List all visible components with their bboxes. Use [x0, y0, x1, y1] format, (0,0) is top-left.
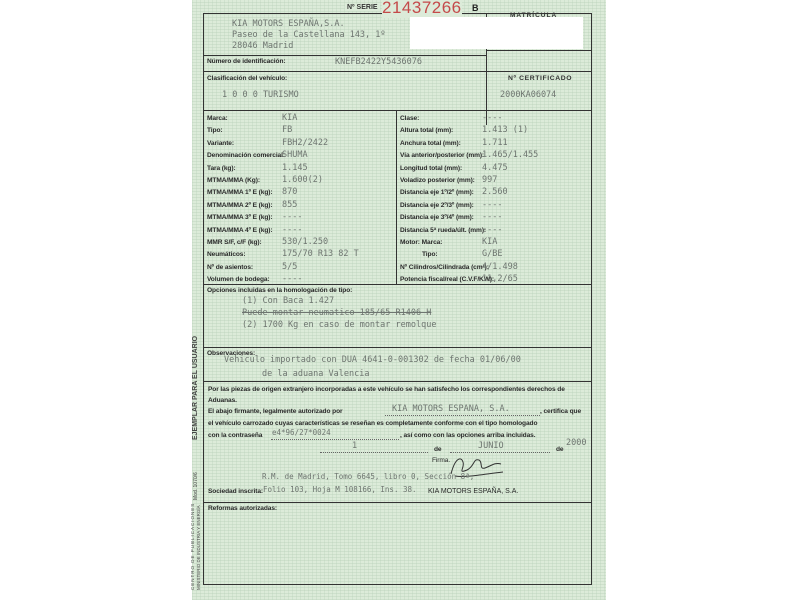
field-label: Altura total (mm):: [400, 127, 453, 134]
reformas-label: Reformas autorizadas:: [208, 505, 277, 512]
field-label: Distancia eje 2º/3º (mm):: [400, 202, 474, 209]
field-label: Clase:: [400, 115, 419, 122]
cert-de-2: de: [556, 446, 564, 453]
field-value: 855: [282, 200, 297, 210]
divider: [203, 284, 592, 285]
certificate-label: Nº CERTIFICADO: [508, 75, 572, 82]
field-label: MTMA/MMA 3º E (kg):: [207, 214, 272, 221]
cert-contrasena: e4*96/27*0024: [272, 428, 331, 437]
field-label: Distancia eje 3º/4º (mm):: [400, 214, 474, 221]
field-value: 2.560: [482, 187, 508, 197]
field-value: 1.711: [482, 138, 508, 148]
field-value: ----: [482, 200, 502, 210]
field-value: 5/5: [282, 262, 297, 272]
field-value: ----: [282, 225, 302, 235]
field-label: Neumáticos:: [207, 251, 245, 258]
model-number: Mod. 1070/6: [193, 472, 199, 500]
redacted-plate: [410, 17, 583, 49]
field-label: MMR S/F, c/F (kg):: [207, 239, 262, 246]
field-value: 4.475: [482, 163, 508, 173]
cert-line1-pre: El abajo firmante, legalmente autorizado…: [208, 408, 342, 415]
cert-line1-post: , certifica que: [540, 408, 581, 415]
cert-line3-pre: con la contraseña: [208, 432, 262, 439]
certificate-value: 2000KA06074: [500, 90, 556, 100]
serie-number: 21437266: [382, 0, 462, 18]
field-label: Marca:: [207, 115, 228, 122]
dotted-line: [320, 452, 428, 453]
field-value: ----: [482, 212, 502, 222]
serie-label: Nº SERIE: [345, 4, 380, 11]
classification-value: 1 0 0 0 TURISMO: [222, 90, 299, 100]
divider: [203, 71, 592, 72]
field-label: Potencia fiscal/real (C.V.F/KW):: [400, 276, 494, 283]
cert-line3-post: , así como con las opciones arriba inclu…: [400, 432, 535, 439]
cert-year: 2000: [566, 438, 586, 448]
publisher-line1: CENTRO DE PUBLICACIONES: [190, 503, 195, 590]
serie-suffix: B: [472, 3, 479, 13]
divider: [486, 50, 592, 51]
divider: [203, 502, 592, 503]
field-label: Tipo:: [422, 251, 438, 258]
field-value: ----: [482, 113, 502, 123]
dotted-line: [271, 439, 399, 440]
publisher-line2: MINISTERIO DE INDUSTRIA Y ENERGÍA: [196, 505, 201, 590]
option-line: Puede montar neumatico 185/65 R1406 H: [242, 308, 431, 318]
field-value: 175/70 R13 82 T: [282, 249, 359, 259]
classification-label: Clasificación del vehículo:: [207, 75, 287, 82]
field-value: 870: [282, 187, 297, 197]
field-label: Nº de asientos:: [207, 264, 253, 271]
field-label: MTMA/MMA 2º E (kg):: [207, 202, 272, 209]
options-label: Opciones incluidas en la homologación de…: [207, 287, 352, 294]
option-line: (2) 1700 Kg en caso de montar remolque: [242, 320, 436, 330]
sociedad-line2: Folio 103, Hoja M 108166, Ins. 38.: [263, 485, 417, 494]
field-label: Voladizo posterior (mm):: [400, 177, 475, 184]
field-value: G/BE: [482, 249, 502, 259]
customs-text: Por las piezas de origen extranjero inco…: [208, 384, 588, 406]
identification-value: KNEFB2422Y5436076: [335, 57, 422, 67]
field-value: 1.413 (1): [482, 125, 528, 135]
field-value: 1.145: [282, 163, 308, 173]
holder-line: KIA MOTORS ESPAÑA,S.A.: [232, 19, 345, 29]
holder-line: Paseo de la Castellana 143, 1º: [232, 30, 386, 40]
field-value: SHUMA: [282, 150, 308, 160]
sociedad-label: Sociedad inscrita:: [208, 488, 263, 495]
cert-day: 1: [352, 441, 357, 451]
divider: [203, 347, 592, 348]
holder-line: 28046 Madrid: [232, 41, 293, 51]
field-value: 1.600(2): [282, 175, 323, 185]
cert-company: KIA MOTORS ESPANA, S.A.: [392, 404, 510, 414]
field-value: ----: [282, 274, 302, 284]
field-label: Variante:: [207, 140, 234, 147]
field-label: MTMA/MMA (Kg):: [207, 177, 260, 184]
dotted-line: [385, 415, 540, 416]
field-label: Vía anterior/posterior (mm):: [400, 152, 484, 159]
divider: [203, 55, 486, 56]
sociedad-line1: R.M. de Madrid, Tomo 6645, libro 0, Secc…: [262, 472, 474, 481]
field-label: Nº Cilindros/Cilindrada (cm³):: [400, 264, 489, 271]
field-label: MTMA/MMA 1º E (kg):: [207, 189, 272, 196]
cert-line2: el vehículo carrozado cuyas característi…: [208, 420, 537, 427]
field-label: Longitud total (mm):: [400, 165, 462, 172]
field-label: Motor: Marca:: [400, 239, 442, 246]
field-value: 1.465/1.455: [482, 150, 538, 160]
field-label: Distancia eje 1º/2º (mm):: [400, 189, 474, 196]
field-label: MTMA/MMA 4º E (kg):: [207, 227, 272, 234]
cert-de-1: de: [434, 446, 442, 453]
cert-month: JUNIO: [478, 441, 504, 451]
field-value: ----: [482, 225, 502, 235]
company-stamp: KIA MOTORS ESPAÑA, S.A.: [428, 488, 518, 495]
field-value: ----: [282, 212, 302, 222]
divider: [396, 110, 397, 284]
divider: [203, 110, 592, 111]
ejemplar-label: EJEMPLAR PARA EL USUARIO: [192, 336, 199, 440]
identification-label: Número de identificación:: [207, 58, 285, 65]
field-value: KIA: [482, 237, 497, 247]
field-label: Distancia 5ª rueda/últ. (mm):: [400, 227, 486, 234]
field-value: 530/1.250: [282, 237, 328, 247]
field-label: Denominación comercial:: [207, 152, 285, 159]
field-value: KIA: [282, 113, 297, 123]
field-value: 997: [482, 175, 497, 185]
field-label: Tara (kg):: [207, 165, 236, 172]
observation-line: Vehiculo importado con DUA 4641-0-001302…: [224, 355, 521, 365]
field-value: 11,2/65: [482, 274, 518, 284]
observation-line: de la aduana Valencia: [262, 369, 369, 379]
field-label: Anchura total (mm):: [400, 140, 461, 147]
field-value: FBH2/2422: [282, 138, 328, 148]
divider: [203, 381, 592, 382]
field-value: FB: [282, 125, 292, 135]
field-label: Tipo:: [207, 127, 223, 134]
field-label: Volumen de bodega:: [207, 276, 270, 283]
field-value: 4/1.498: [482, 262, 518, 272]
option-line: (1) Con Baca 1.427: [242, 296, 334, 306]
